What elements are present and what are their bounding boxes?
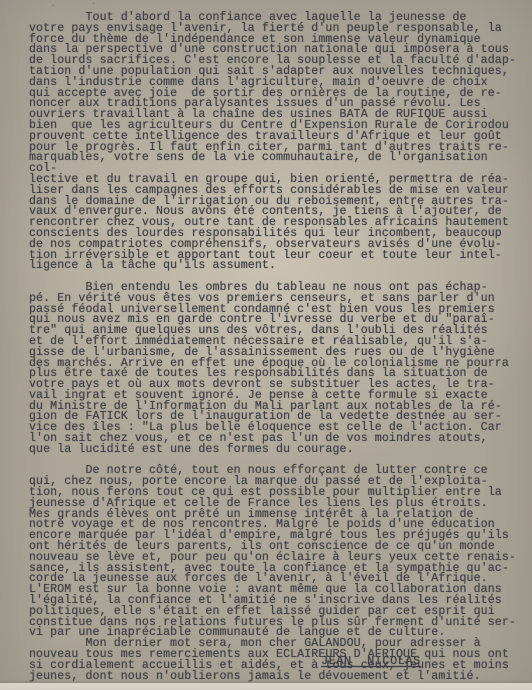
paper-edge bbox=[0, 682, 532, 690]
signature: JEAN NICOLAS bbox=[321, 654, 421, 668]
paragraph-1: Tout d'abord la confiance avec laquelle … bbox=[29, 13, 521, 272]
letter-body: Tout d'abord la confiance avec laquelle … bbox=[29, 13, 521, 682]
document-page: ˟ ˟ Tout d'abord la confiance avec laque… bbox=[0, 0, 532, 690]
paragraph-2: Bien entendu les ombres du tableau ne no… bbox=[29, 283, 521, 456]
paragraph-3: De notre côté, tout en nous efforçant de… bbox=[29, 466, 521, 639]
smudge-mark: ˟ bbox=[91, 2, 97, 12]
paragraph-4: Mon dernier mot sera, mon cher GALANDOU,… bbox=[29, 639, 521, 682]
